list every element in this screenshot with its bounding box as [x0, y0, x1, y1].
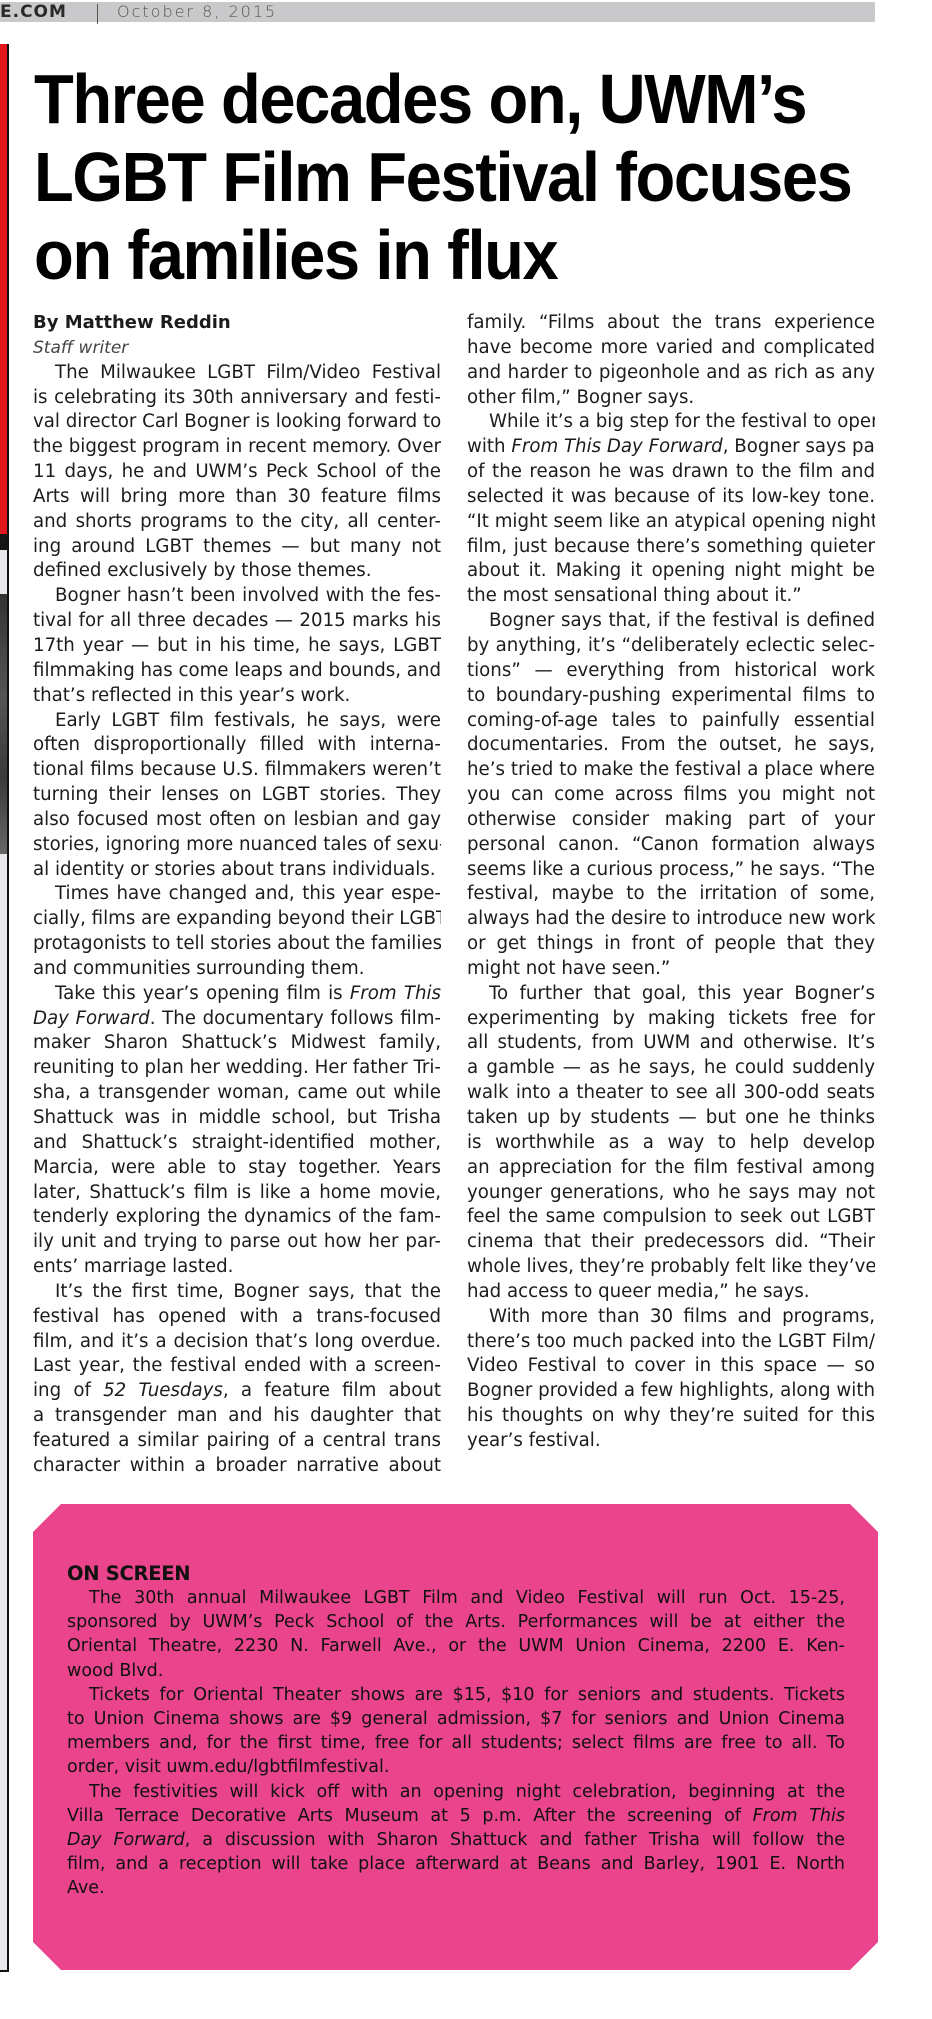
- text-line: Villa Terrace Decorative Arts Museum at …: [67, 1804, 845, 1828]
- text-run: he’s tried to make the festival a place …: [467, 759, 875, 780]
- text-run: The 30th annual Milwaukee LGBT Film and …: [89, 1588, 845, 1608]
- text-line: The festivities will kick off with an op…: [67, 1780, 845, 1804]
- text-line: Bogner says that, if the festival is def…: [467, 609, 875, 634]
- text-run: festival, maybe to the irritation of som…: [467, 883, 875, 904]
- text-line: al identity or stories about trans indiv…: [33, 858, 441, 883]
- masthead-date: October 8, 2015: [117, 3, 277, 21]
- text-run: The Milwaukee LGBT Film/Video Festival: [55, 362, 441, 383]
- italic-title: From This Day Forward: [511, 436, 722, 457]
- text-line: To further that goal, this year Bogner’s: [467, 982, 875, 1007]
- text-line: sha, a transgender woman, came out while: [33, 1081, 441, 1106]
- text-line: val director Carl Bogner is looking forw…: [33, 410, 441, 435]
- text-run: tional films because U.S. filmmakers wer…: [33, 759, 441, 780]
- text-run: younger generations, who he says may not: [467, 1182, 875, 1203]
- article-column-left: By Matthew Reddin Staff writer The Milwa…: [33, 311, 441, 1479]
- byline: By Matthew Reddin: [33, 311, 441, 336]
- text-line: ing around LGBT themes — but many not: [33, 535, 441, 560]
- text-line: Marcia, were able to stay together. Year…: [33, 1156, 441, 1181]
- text-run: Marcia, were able to stay together. Year…: [33, 1157, 441, 1178]
- text-line: Ave.: [67, 1876, 845, 1900]
- text-run: Shattuck was in middle school, but Trish…: [33, 1107, 441, 1128]
- text-run: his thoughts on why they’re suited for t…: [467, 1405, 875, 1426]
- text-run: , Bogner says part: [723, 436, 875, 457]
- text-line: all students, from UWM and otherwise. It…: [467, 1031, 875, 1056]
- text-run: ing of: [33, 1380, 103, 1401]
- text-line: cially, films are expanding beyond their…: [33, 907, 441, 932]
- text-line: is celebrating its 30th anniversary and …: [33, 386, 441, 411]
- text-line: often disproportionally filled with inte…: [33, 733, 441, 758]
- text-line: Shattuck was in middle school, but Trish…: [33, 1106, 441, 1131]
- text-line: Take this year’s opening film is From Th…: [33, 982, 441, 1007]
- text-run: whole lives, they’re probably felt like …: [467, 1256, 875, 1277]
- text-run: members and, for the first time, free fo…: [67, 1733, 845, 1753]
- text-run: Bogner hasn’t been involved with the fes…: [55, 585, 441, 606]
- text-run: While it’s a big step for the festival t…: [489, 411, 875, 432]
- text-run: is celebrating its 30th anniversary and …: [33, 387, 441, 408]
- text-run: . The documentary follows film-: [150, 1008, 441, 1029]
- text-run: It’s the first time, Bogner says, that t…: [55, 1281, 441, 1302]
- text-line: always had the desire to introduce new w…: [467, 907, 875, 932]
- adjacent-page-edge: [0, 44, 7, 1972]
- text-run: later, Shattuck’s film is like a home mo…: [33, 1182, 441, 1203]
- text-run: tions” — everything from historical work: [467, 660, 875, 681]
- text-line: there’s too much packed into the LGBT Fi…: [467, 1330, 875, 1355]
- text-line: year’s festival.: [467, 1429, 875, 1454]
- text-run: and harder to pigeonhole and as rich as …: [467, 362, 875, 383]
- text-line: reuniting to plan her wedding. Her fathe…: [33, 1056, 441, 1081]
- text-run: and communities surrounding them.: [33, 958, 365, 979]
- text-run: the most sensational thing about it.”: [467, 585, 802, 606]
- text-line: festival, maybe to the irritation of som…: [467, 882, 875, 907]
- text-run: The festivities will kick off with an op…: [89, 1782, 845, 1802]
- text-line: is worthwhile as a way to help develop: [467, 1131, 875, 1156]
- masthead-bar: E.COM October 8, 2015: [0, 2, 875, 22]
- text-line: cinema that their predecessors did. “The…: [467, 1230, 875, 1255]
- text-line: taken up by students — but one he thinks: [467, 1106, 875, 1131]
- italic-title: From This: [350, 983, 441, 1004]
- text-run: Video Festival to cover in this space — …: [467, 1355, 875, 1376]
- text-run: order, visit uwm.edu/lgbtfilmfestival.: [67, 1757, 389, 1777]
- italic-title: Day Forward: [33, 1008, 150, 1029]
- text-line: sponsored by UWM’s Peck School of the Ar…: [67, 1610, 845, 1634]
- text-line: about it. Making it opening night might …: [467, 559, 875, 584]
- text-line: and harder to pigeonhole and as rich as …: [467, 361, 875, 386]
- italic-title: From This: [753, 1806, 845, 1826]
- text-run: of the reason he was drawn to the film a…: [467, 461, 875, 482]
- adjacent-dark-band: [0, 534, 7, 550]
- text-run: 11 days, he and UWM’s Peck School of the: [33, 461, 441, 482]
- text-line: filmmaking has come leaps and bounds, an…: [33, 659, 441, 684]
- text-line: Last year, the festival ended with a scr…: [33, 1354, 441, 1379]
- text-line: and shorts programs to the city, all cen…: [33, 510, 441, 535]
- text-run: film, and a reception will take place af…: [67, 1854, 845, 1874]
- text-line: had access to queer media,” he says.: [467, 1280, 875, 1305]
- adjacent-photo-edge: [0, 594, 7, 854]
- text-run: other film,” Bogner says.: [467, 387, 694, 408]
- text-line: order, visit uwm.edu/lgbtfilmfestival.: [67, 1755, 845, 1779]
- text-line: stories, ignoring more nuanced tales of …: [33, 833, 441, 858]
- text-line: character within a broader narrative abo…: [33, 1454, 441, 1479]
- text-run: wood Blvd.: [67, 1661, 163, 1681]
- text-line: have become more varied and complicated: [467, 336, 875, 361]
- text-line: defined exclusively by those themes.: [33, 559, 441, 584]
- text-run: documentaries. From the outset, he says,: [467, 734, 875, 755]
- page-border-rule-bottom: [0, 1970, 9, 1972]
- text-line: 17th year — but in his time, he says, LG…: [33, 634, 441, 659]
- text-line: you can come across films you might not: [467, 783, 875, 808]
- text-line: tional films because U.S. filmmakers wer…: [33, 758, 441, 783]
- text-run: film, and it’s a decision that’s long ov…: [33, 1331, 441, 1352]
- text-line: he’s tried to make the festival a place …: [467, 758, 875, 783]
- text-run: sponsored by UWM’s Peck School of the Ar…: [67, 1612, 845, 1632]
- article-body-left: The Milwaukee LGBT Film/Video Festivalis…: [33, 361, 441, 1479]
- text-run: Early LGBT film festivals, he says, were: [55, 710, 441, 731]
- text-line: other film,” Bogner says.: [467, 386, 875, 411]
- text-line: family. “Films about the trans experienc…: [467, 311, 875, 336]
- text-line: also focused most often on lesbian and g…: [33, 808, 441, 833]
- text-run: selected it was because of its low-key t…: [467, 486, 875, 507]
- text-line: The Milwaukee LGBT Film/Video Festival: [33, 361, 441, 386]
- text-line: Day Forward, a discussion with Sharon Sh…: [67, 1828, 845, 1852]
- text-run: walk into a theater to see all 300-odd s…: [467, 1082, 875, 1103]
- text-line: younger generations, who he says may not: [467, 1181, 875, 1206]
- italic-title: 52 Tuesdays: [103, 1380, 223, 1401]
- text-line: Tickets for Oriental Theater shows are $…: [67, 1683, 845, 1707]
- text-line: featured a similar pairing of a central …: [33, 1429, 441, 1454]
- text-run: there’s too much packed into the LGBT Fi…: [467, 1331, 875, 1352]
- text-run: cinema that their predecessors did. “The…: [467, 1231, 875, 1252]
- text-run: festival has opened with a trans-focused: [33, 1306, 441, 1327]
- text-line: feel the same compulsion to seek out LGB…: [467, 1205, 875, 1230]
- masthead-site-name: E.COM: [0, 3, 67, 21]
- text-line: “It might seem like an atypical opening …: [467, 510, 875, 535]
- text-line: documentaries. From the outset, he says,: [467, 733, 875, 758]
- text-line: members and, for the first time, free fo…: [67, 1731, 845, 1755]
- article-body-right: family. “Films about the trans experienc…: [467, 311, 875, 1454]
- page-border-rule: [7, 44, 9, 1972]
- text-line: might not have seen.”: [467, 957, 875, 982]
- text-run: you can come across films you might not: [467, 784, 875, 805]
- text-line: the biggest program in recent memory. Ov…: [33, 435, 441, 460]
- text-run: year’s festival.: [467, 1430, 601, 1451]
- text-run: To further that goal, this year Bogner’s: [489, 983, 875, 1004]
- text-run: seems like a curious process,” he says. …: [467, 859, 875, 880]
- text-run: stories, ignoring more nuanced tales of …: [33, 834, 441, 855]
- text-run: ily unit and trying to parse out how her…: [33, 1231, 441, 1252]
- text-run: Times have changed and, this year espe-: [55, 883, 441, 904]
- text-line: a transgender man and his daughter that: [33, 1404, 441, 1429]
- text-line: wood Blvd.: [67, 1659, 845, 1683]
- text-line: or get things in front of people that th…: [467, 932, 875, 957]
- text-run: Last year, the festival ended with a scr…: [33, 1355, 441, 1376]
- text-run: tival for all three decades — 2015 marks…: [33, 610, 441, 631]
- sidebar-heading: ON SCREEN: [67, 1562, 845, 1586]
- text-run: have become more varied and complicated: [467, 337, 875, 358]
- text-run: , a feature film about: [223, 1380, 441, 1401]
- text-line: Times have changed and, this year espe-: [33, 882, 441, 907]
- text-run: maker Sharon Shattuck’s Midwest family,: [33, 1032, 441, 1053]
- text-run: Take this year’s opening film is: [55, 983, 350, 1004]
- text-line: walk into a theater to see all 300-odd s…: [467, 1081, 875, 1106]
- text-line: The 30th annual Milwaukee LGBT Film and …: [67, 1586, 845, 1610]
- text-run: filmmaking has come leaps and bounds, an…: [33, 660, 441, 681]
- text-run: family. “Films about the trans experienc…: [467, 312, 875, 333]
- text-run: and Shattuck’s straight-identified mothe…: [33, 1132, 441, 1153]
- text-run: Villa Terrace Decorative Arts Museum at …: [67, 1806, 753, 1826]
- text-line: Video Festival to cover in this space — …: [467, 1354, 875, 1379]
- text-line: coming-of-age tales to painfully essenti…: [467, 709, 875, 734]
- text-line: his thoughts on why they’re suited for t…: [467, 1404, 875, 1429]
- text-line: and Shattuck’s straight-identified mothe…: [33, 1131, 441, 1156]
- text-line: film, and it’s a decision that’s long ov…: [33, 1330, 441, 1355]
- text-line: by anything, it’s “deliberately eclectic…: [467, 634, 875, 659]
- text-line: Oriental Theatre, 2230 N. Farwell Ave., …: [67, 1634, 845, 1658]
- text-run: Oriental Theatre, 2230 N. Farwell Ave., …: [67, 1636, 845, 1656]
- text-run: otherwise consider making part of your: [467, 809, 875, 830]
- text-line: seems like a curious process,” he says. …: [467, 858, 875, 883]
- text-line: Bogner hasn’t been involved with the fes…: [33, 584, 441, 609]
- text-line: Early LGBT film festivals, he says, were: [33, 709, 441, 734]
- text-run: is worthwhile as a way to help develop: [467, 1132, 875, 1153]
- text-line: film, just because there’s something qui…: [467, 535, 875, 560]
- text-run: cially, films are expanding beyond their…: [33, 908, 441, 929]
- text-run: always had the desire to introduce new w…: [467, 908, 875, 929]
- text-run: val director Carl Bogner is looking forw…: [33, 411, 441, 432]
- text-line: of the reason he was drawn to the film a…: [467, 460, 875, 485]
- byline-role: Staff writer: [33, 336, 441, 361]
- text-run: tenderly exploring the dynamics of the f…: [33, 1206, 441, 1227]
- text-line: ily unit and trying to parse out how her…: [33, 1230, 441, 1255]
- text-run: a gamble — as he says, he could suddenly: [467, 1057, 875, 1078]
- text-run: the biggest program in recent memory. Ov…: [33, 436, 441, 457]
- text-run: 17th year — but in his time, he says, LG…: [33, 635, 441, 656]
- text-line: ing of 52 Tuesdays, a feature film about: [33, 1379, 441, 1404]
- text-line: selected it was because of its low-key t…: [467, 485, 875, 510]
- text-run: to Union Cinema shows are $9 general adm…: [67, 1709, 845, 1729]
- text-run: Arts will bring more than 30 feature fil…: [33, 486, 441, 507]
- text-run: sha, a transgender woman, came out while: [33, 1082, 441, 1103]
- text-run: Bogner says that, if the festival is def…: [489, 610, 875, 631]
- text-run: personal canon. “Canon formation always: [467, 834, 875, 855]
- text-run: Bogner provided a few highlights, along …: [467, 1380, 875, 1401]
- text-line: tival for all three decades — 2015 marks…: [33, 609, 441, 634]
- text-run: by anything, it’s “deliberately eclectic…: [467, 635, 875, 656]
- text-line: Arts will bring more than 30 feature fil…: [33, 485, 441, 510]
- text-run: often disproportionally filled with inte…: [33, 734, 441, 755]
- text-line: and communities surrounding them.: [33, 957, 441, 982]
- text-line: to Union Cinema shows are $9 general adm…: [67, 1707, 845, 1731]
- headline-line: Three decades on, UWM’s: [34, 60, 825, 138]
- text-line: with From This Day Forward, Bogner says …: [467, 435, 875, 460]
- sidebar-body: The 30th annual Milwaukee LGBT Film and …: [67, 1586, 845, 1900]
- text-run: film, just because there’s something qui…: [467, 536, 875, 557]
- text-run: experimenting by making tickets free for: [467, 1008, 875, 1029]
- text-run: all students, from UWM and otherwise. It…: [467, 1032, 875, 1053]
- text-line: later, Shattuck’s film is like a home mo…: [33, 1181, 441, 1206]
- text-run: turning their lenses on LGBT stories. Th…: [33, 784, 441, 805]
- text-line: ents’ marriage lasted.: [33, 1255, 441, 1280]
- text-run: reuniting to plan her wedding. Her fathe…: [33, 1057, 441, 1078]
- text-run: protagonists to tell stories about the f…: [33, 933, 441, 954]
- text-run: featured a similar pairing of a central …: [33, 1430, 441, 1451]
- text-line: It’s the first time, Bogner says, that t…: [33, 1280, 441, 1305]
- text-line: protagonists to tell stories about the f…: [33, 932, 441, 957]
- text-line: tenderly exploring the dynamics of the f…: [33, 1205, 441, 1230]
- text-run: had access to queer media,” he says.: [467, 1281, 810, 1302]
- text-run: and shorts programs to the city, all cen…: [33, 511, 441, 532]
- text-line: tions” — everything from historical work: [467, 659, 875, 684]
- text-run: with: [467, 436, 511, 457]
- text-run: to boundary-pushing experimental films t…: [467, 685, 875, 706]
- text-line: 11 days, he and UWM’s Peck School of the: [33, 460, 441, 485]
- text-line: While it’s a big step for the festival t…: [467, 410, 875, 435]
- text-line: festival has opened with a trans-focused: [33, 1305, 441, 1330]
- on-screen-sidebar-box: ON SCREEN The 30th annual Milwaukee LGBT…: [33, 1504, 878, 1970]
- text-run: a transgender man and his daughter that: [33, 1405, 441, 1426]
- text-run: ents’ marriage lasted.: [33, 1256, 233, 1277]
- text-run: might not have seen.”: [467, 958, 670, 979]
- article-column-right: family. “Films about the trans experienc…: [467, 311, 875, 1454]
- text-run: , a discussion with Sharon Shattuck and …: [185, 1830, 845, 1850]
- text-line: an appreciation for the film festival am…: [467, 1156, 875, 1181]
- text-line: personal canon. “Canon formation always: [467, 833, 875, 858]
- text-run: Tickets for Oriental Theater shows are $…: [89, 1685, 845, 1705]
- adjacent-red-block: [0, 44, 7, 534]
- headline-line: LGBT Film Festival focuses: [34, 138, 825, 216]
- article-headline: Three decades on, UWM’s LGBT Film Festiv…: [34, 60, 825, 294]
- text-run: about it. Making it opening night might …: [467, 560, 875, 581]
- text-line: whole lives, they’re probably felt like …: [467, 1255, 875, 1280]
- text-run: feel the same compulsion to seek out LGB…: [467, 1206, 875, 1227]
- text-line: With more than 30 films and programs,: [467, 1305, 875, 1330]
- text-run: ing around LGBT themes — but many not: [33, 536, 441, 557]
- text-run: that’s reflected in this year’s work.: [33, 685, 350, 706]
- text-run: taken up by students — but one he thinks: [467, 1107, 875, 1128]
- text-line: maker Sharon Shattuck’s Midwest family,: [33, 1031, 441, 1056]
- text-line: to boundary-pushing experimental films t…: [467, 684, 875, 709]
- text-line: a gamble — as he says, he could suddenly: [467, 1056, 875, 1081]
- text-line: the most sensational thing about it.”: [467, 584, 875, 609]
- text-line: experimenting by making tickets free for: [467, 1007, 875, 1032]
- text-run: al identity or stories about trans indiv…: [33, 859, 436, 880]
- text-run: also focused most often on lesbian and g…: [33, 809, 441, 830]
- sidebar-content: ON SCREEN The 30th annual Milwaukee LGBT…: [67, 1562, 845, 1900]
- text-run: defined exclusively by those themes.: [33, 560, 372, 581]
- text-run: coming-of-age tales to painfully essenti…: [467, 710, 875, 731]
- text-line: film, and a reception will take place af…: [67, 1852, 845, 1876]
- masthead-separator: [97, 4, 98, 24]
- headline-line: on families in flux: [34, 216, 825, 294]
- text-line: otherwise consider making part of your: [467, 808, 875, 833]
- italic-title: Day Forward: [67, 1830, 185, 1850]
- text-line: Day Forward. The documentary follows fil…: [33, 1007, 441, 1032]
- text-run: With more than 30 films and programs,: [489, 1306, 875, 1327]
- text-run: or get things in front of people that th…: [467, 933, 875, 954]
- text-run: character within a broader narrative abo…: [33, 1455, 441, 1476]
- text-line: that’s reflected in this year’s work.: [33, 684, 441, 709]
- text-run: “It might seem like an atypical opening …: [467, 511, 875, 532]
- text-run: Ave.: [67, 1878, 105, 1898]
- text-line: turning their lenses on LGBT stories. Th…: [33, 783, 441, 808]
- text-line: Bogner provided a few highlights, along …: [467, 1379, 875, 1404]
- text-run: an appreciation for the film festival am…: [467, 1157, 875, 1178]
